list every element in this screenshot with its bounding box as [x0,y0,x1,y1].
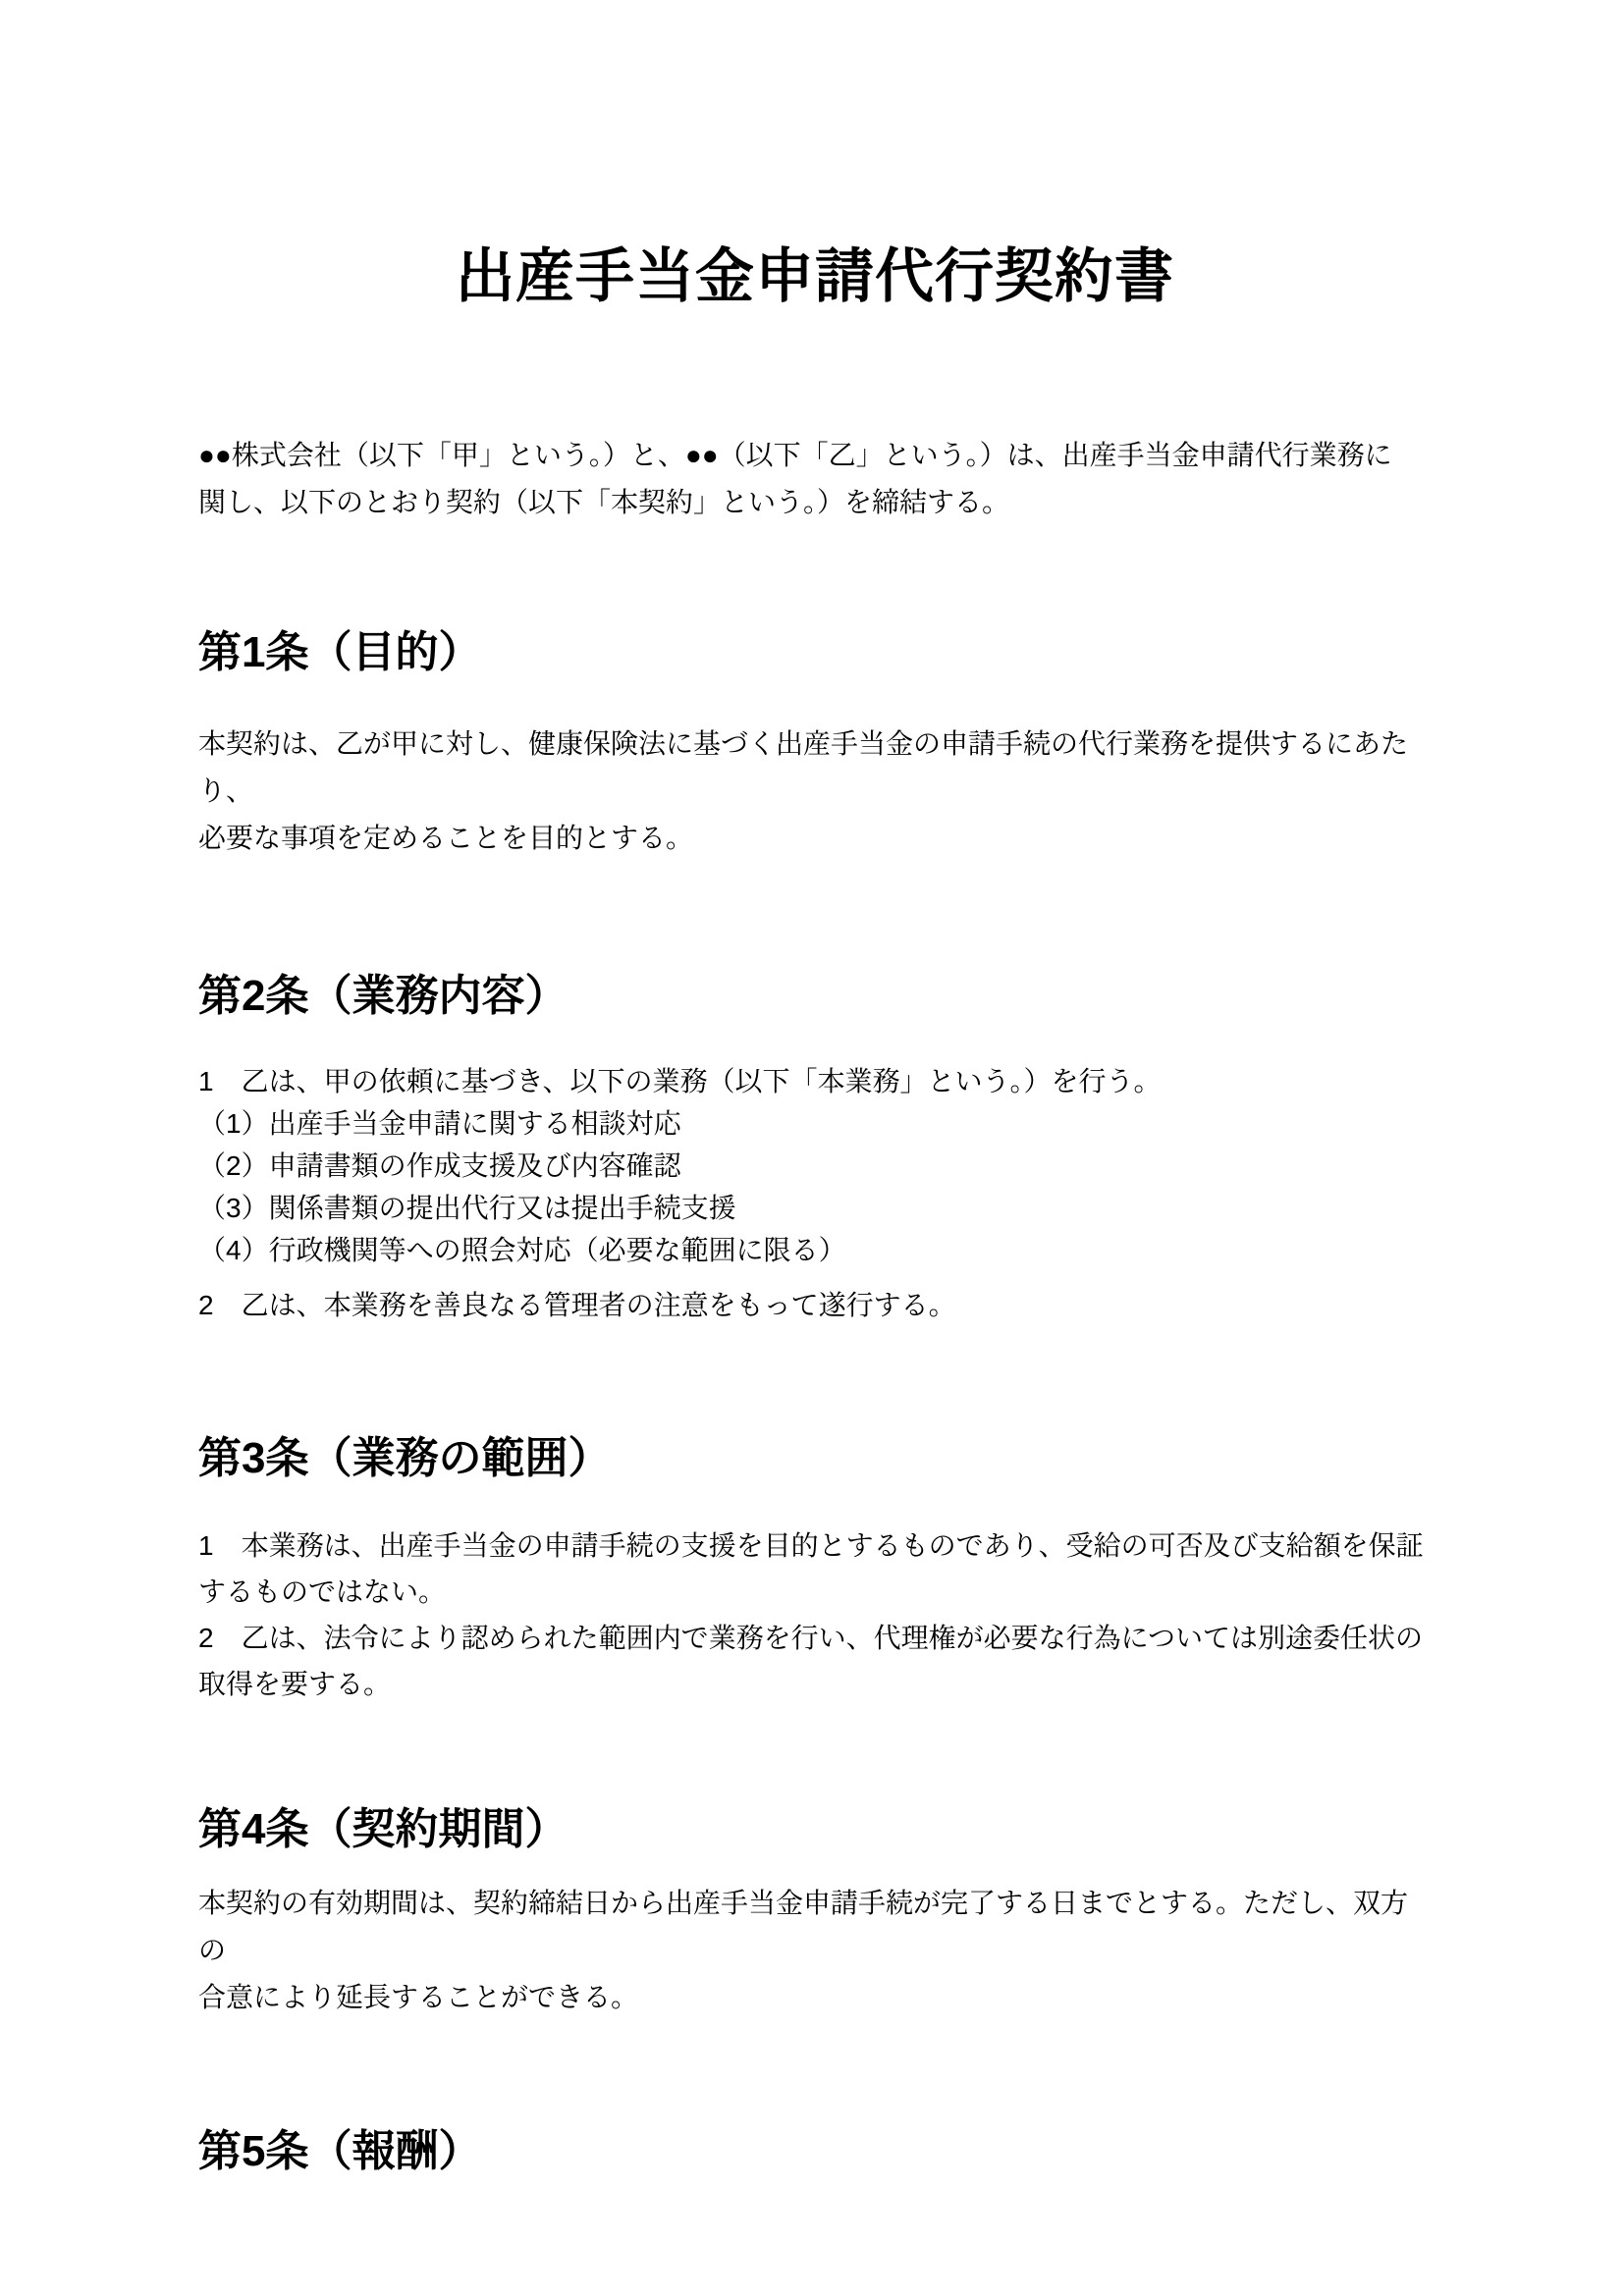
article-4-term: 第4条（契約期間） 本契約の有効期間は、契約締結日から出産手当金申請手続が完了す… [198,1805,1432,2021]
list-item: （4）行政機関等への照会対応（必要な範囲に限る） [198,1229,1432,1271]
text-line: 関し、以下のとおり契約（以下「本契約」という。）を締結する。 [198,479,1432,526]
text-line: 2 乙は、法令により認められた範囲内で業務を行い、代理権が必要な行為については別… [198,1615,1432,1661]
text-line: 必要な事項を定めることを目的とする。 [198,815,1432,862]
article-4-body: 本契約の有効期間は、契約締結日から出産手当金申請手続が完了する日までとする。ただ… [198,1880,1432,2021]
article-5-fees: 第5条（報酬） [198,2127,1432,2176]
article-3-scope: 第3条（業務の範囲） 1 本業務は、出産手当金の申請手続の支援を目的とするもので… [198,1434,1432,1707]
intro-paragraph: ●●株式会社（以下「甲」という。）と、●●（以下「乙」という。）は、出産手当金申… [198,432,1432,526]
article-2-services: 第2条（業務内容） 1 乙は、甲の依頼に基づき、以下の業務（以下「本業務」という… [198,972,1432,1326]
text-line: するものではない。 [198,1569,1432,1615]
contract-document-page: 出産手当金申請代行契約書 ●●株式会社（以下「甲」という。）と、●●（以下「乙」… [0,0,1624,2296]
article-1-heading: 第1条（目的） [198,628,1432,677]
list-item: （3）関係書類の提出代行又は提出手続支援 [198,1187,1432,1229]
article-3-body: 1 本業務は、出産手当金の申請手続の支援を目的とするものであり、受給の可否及び支… [198,1522,1432,1707]
article-4-heading: 第4条（契約期間） [198,1805,1432,1854]
article-1-body: 本契約は、乙が甲に対し、健康保険法に基づく出産手当金の申請手続の代行業務を提供す… [198,721,1432,862]
text-line: 取得を要する。 [198,1661,1432,1707]
text-line: 合意により延長することができる。 [198,1974,1432,2021]
text-line: 1 乙は、甲の依頼に基づき、以下の業務（以下「本業務」という。）を行う。 [198,1060,1432,1102]
text-line: ●●株式会社（以下「甲」という。）と、●●（以下「乙」という。）は、出産手当金申… [198,432,1432,479]
text-line: 本契約は、乙が甲に対し、健康保険法に基づく出産手当金の申請手続の代行業務を提供す… [198,721,1432,815]
article-2-heading: 第2条（業務内容） [198,972,1432,1021]
article-2-clause-2: 2 乙は、本業務を善良なる管理者の注意をもって遂行する。 [198,1284,1432,1326]
list-item: （1）出産手当金申請に関する相談対応 [198,1102,1432,1145]
article-2-clause-1: 1 乙は、甲の依頼に基づき、以下の業務（以下「本業務」という。）を行う。 （1）… [198,1060,1432,1271]
article-5-heading: 第5条（報酬） [198,2127,1432,2176]
article-1-purpose: 第1条（目的） 本契約は、乙が甲に対し、健康保険法に基づく出産手当金の申請手続の… [198,628,1432,862]
text-line: 本契約の有効期間は、契約締結日から出産手当金申請手続が完了する日までとする。ただ… [198,1880,1432,1974]
document-title: 出産手当金申請代行契約書 [198,243,1432,310]
text-line: 1 本業務は、出産手当金の申請手続の支援を目的とするものであり、受給の可否及び支… [198,1522,1432,1569]
article-3-heading: 第3条（業務の範囲） [198,1434,1432,1483]
list-item: （2）申請書類の作成支援及び内容確認 [198,1145,1432,1187]
